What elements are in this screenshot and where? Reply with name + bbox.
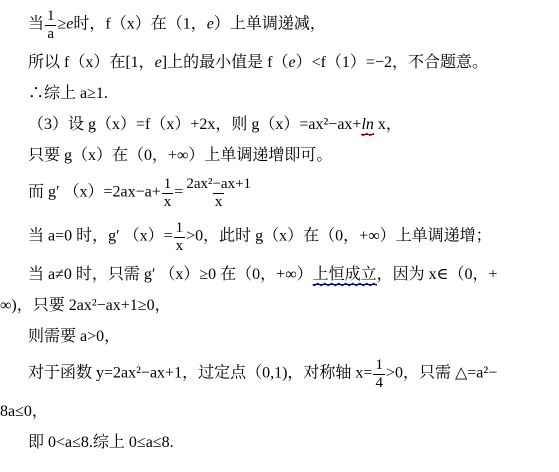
text-run: 时，f（x）在（1，: [73, 16, 206, 33]
fraction-denominator: x: [162, 193, 174, 211]
text-line: 而 g′ （x）=2ax−a+1x=2ax²−ax+1x: [0, 176, 557, 210]
text-run: 所以 f（x）在[1，: [28, 54, 155, 71]
spellcheck-marked-text: ln: [361, 116, 373, 135]
text-run: >0，只需 △=a²−: [386, 365, 497, 382]
fraction-denominator: 4: [373, 374, 385, 392]
text-line: 当1a≥e时，f（x）在（1，e）上单调递减，: [0, 8, 557, 42]
text-run: 则需要 a>0，: [28, 328, 120, 345]
text-run: ∴综上 a≥1.: [28, 85, 108, 102]
italic-text-run: e: [155, 54, 162, 71]
text-run: 当 a=0 时，g′ （x）=: [28, 228, 173, 245]
text-run: ]上的最小值是 f（: [162, 54, 289, 71]
text-run: ∞)，只要 2ax²−ax+1≥0，: [0, 297, 171, 314]
text-line: （3）设 g（x）=f（x）+2x，则 g（x）=ax²−ax+ln x，: [0, 114, 557, 135]
fraction-denominator: x: [174, 237, 186, 255]
grammar-marked-text: 上恒成立: [313, 266, 377, 285]
text-run: ≥: [58, 16, 67, 33]
text-run: ）<f（1）=−2，不合题意。: [296, 54, 488, 71]
text-line: 当 a≠0 时，只需 g′ （x）≥0 在（0，+∞）上恒成立，因为 x∈（0，…: [0, 264, 557, 285]
inline-fraction: 2ax²−ax+1x: [184, 176, 253, 210]
text-run: 而 g′ （x）=2ax−a+: [28, 184, 161, 201]
text-run: 8a≤0，: [0, 403, 48, 420]
fraction-numerator: 1: [162, 176, 174, 193]
fraction-denominator: x: [213, 193, 225, 211]
text-run: =: [174, 184, 183, 201]
text-run: 当 a≠0 时，只需 g′ （x）≥0 在（0，+∞）: [28, 266, 313, 283]
text-run: ）上单调递减，: [214, 16, 326, 33]
text-line: 所以 f（x）在[1，e]上的最小值是 f（e）<f（1）=−2，不合题意。: [0, 52, 557, 73]
text-line: 则需要 a>0，: [0, 326, 557, 347]
text-line: 8a≤0，: [0, 401, 557, 422]
fraction-numerator: 2ax²−ax+1: [184, 176, 253, 193]
text-run: >0，此时 g（x）在（0，+∞）上单调递增；: [186, 228, 491, 245]
inline-fraction: 1a: [45, 8, 57, 42]
fraction-numerator: 1: [45, 8, 57, 25]
text-line: 即 0<a≤8.综上 0≤a≤8.: [0, 432, 557, 453]
text-run: （3）设 g（x）=f（x）+2x，则 g（x）=ax²−ax+: [28, 116, 361, 133]
inline-fraction: 14: [373, 357, 385, 391]
italic-text-run: e: [288, 54, 295, 71]
math-solution-document: 当1a≥e时，f（x）在（1，e）上单调递减，所以 f（x）在[1，e]上的最小…: [0, 0, 559, 453]
text-run: ，因为 x∈（0，+: [377, 266, 498, 283]
fraction-numerator: 1: [174, 220, 186, 237]
inline-fraction: 1x: [162, 176, 174, 210]
text-run: 只要 g（x）在（0，+∞）上单调递增即可。: [28, 147, 332, 164]
text-run: 当: [28, 16, 44, 33]
text-line: ∴综上 a≥1.: [0, 83, 557, 104]
text-line: ∞)，只要 2ax²−ax+1≥0，: [0, 295, 557, 316]
text-line: 当 a=0 时，g′ （x）=1x>0，此时 g（x）在（0，+∞）上单调递增；: [0, 220, 557, 254]
fraction-numerator: 1: [373, 357, 385, 374]
text-run: x，: [374, 116, 402, 133]
text-line: 只要 g（x）在（0，+∞）上单调递增即可。: [0, 145, 557, 166]
text-run: 即 0<a≤8.综上 0≤a≤8.: [28, 434, 174, 451]
italic-text-run: e: [207, 16, 214, 33]
inline-fraction: 1x: [174, 220, 186, 254]
fraction-denominator: a: [45, 25, 56, 43]
text-run: 对于函数 y=2ax²−ax+1，过定点（0,1)，对称轴 x=: [28, 365, 372, 382]
text-line: 对于函数 y=2ax²−ax+1，过定点（0,1)，对称轴 x=14>0，只需 …: [0, 357, 557, 391]
